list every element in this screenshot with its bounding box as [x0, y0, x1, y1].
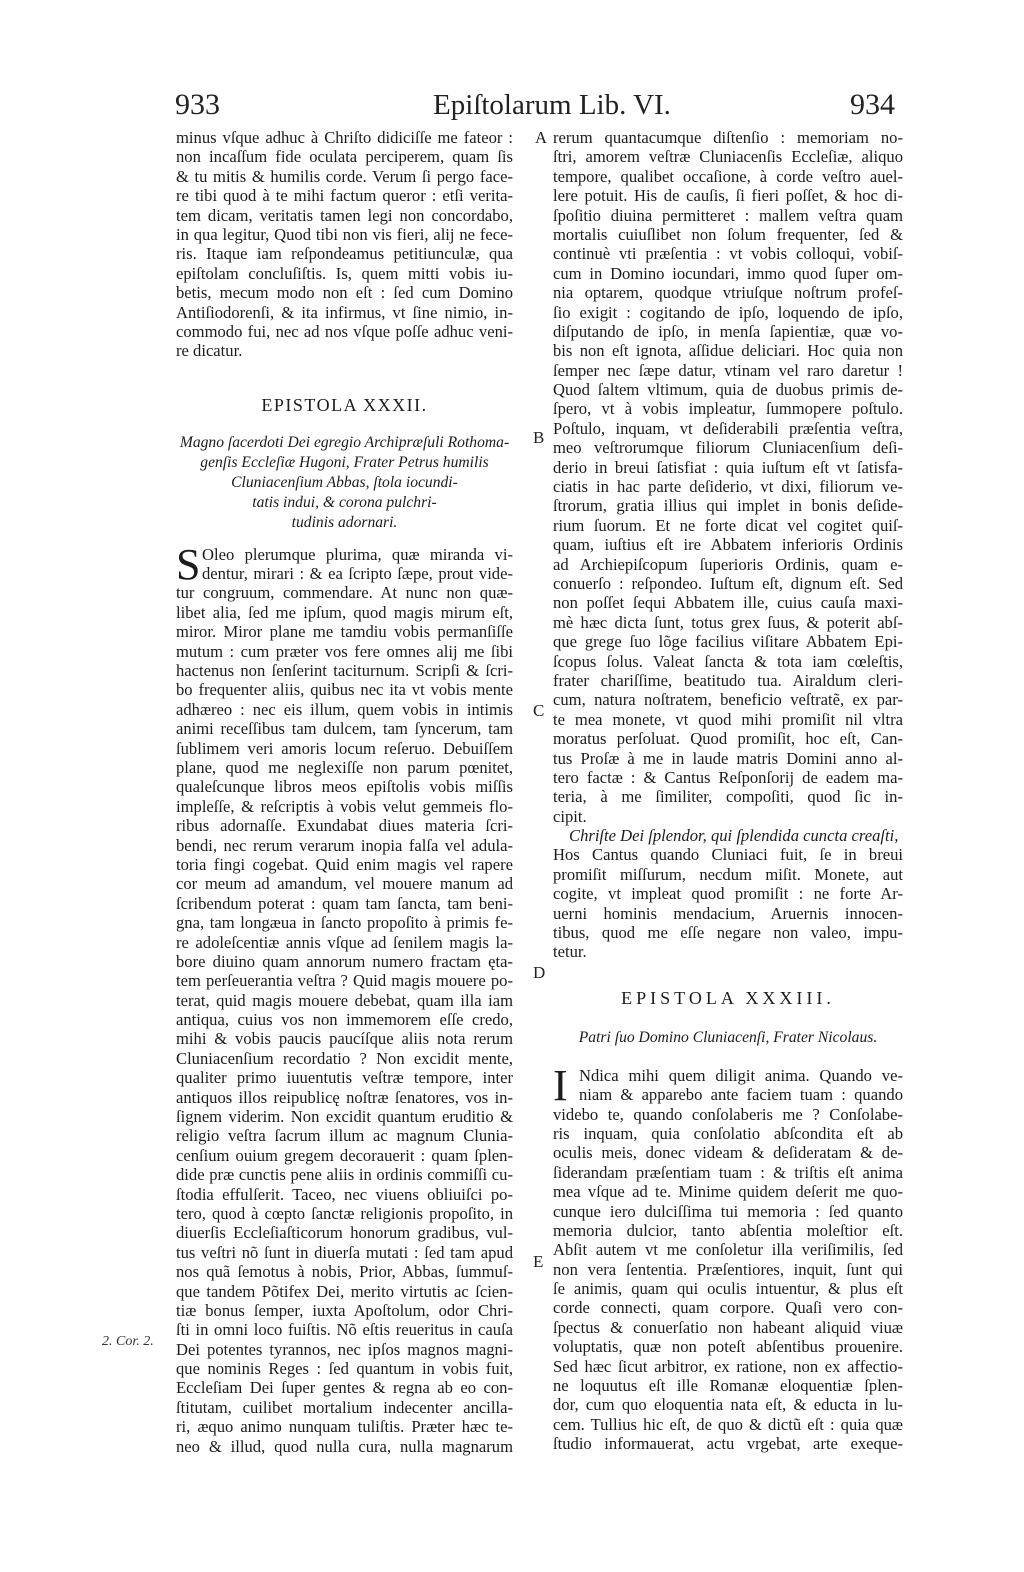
text-line: que nominis Reges : ſed quantum in vobis… [176, 1359, 513, 1378]
text-line: videbo te, quando conſolaberis me ? Conſ… [553, 1105, 903, 1124]
text-line: animi receſſibus tam dulcem, tam ſynceru… [176, 719, 513, 738]
spacer [553, 962, 903, 984]
text-line: rerum quantacumque diſtenſio : memoriam … [553, 128, 903, 147]
text-line: derio in breui ſatisfiat : quia iuſtum e… [553, 458, 903, 477]
text-line: dor, cum quo eloquentia nata eſt, & educ… [553, 1395, 903, 1414]
text-line: uerni hominis mendacium, Aruernis innoce… [553, 904, 903, 923]
right-column: rerum quantacumque diſtenſio : memoriam … [553, 128, 903, 1454]
text-line: cum in Domino iocundari, immo quod ſuper… [553, 264, 903, 283]
text-line: tetur. [553, 942, 903, 961]
text-line: tur congruum, commendare. At nunc non qu… [176, 583, 513, 602]
text-line: nos quã ſemotus à nobis, Prior, Abbas, ſ… [176, 1262, 513, 1281]
text-line: dentur, mirari : & ea ſcripto ſæpe, prou… [176, 564, 513, 583]
text-line: ſti in omni loco fuiſtis. Nõ eſtis reuer… [176, 1320, 513, 1339]
text-line: tibus, quod me eſſe negare non valeo, im… [553, 923, 903, 942]
text-line: impleſſe, & reſcriptis à vobis velut gem… [176, 797, 513, 816]
text-line: antiqua, cuius vos non immemorem eſſe cr… [176, 1010, 513, 1029]
text-line: promiſit miſſurum, necdum miſit. Monete,… [553, 865, 903, 884]
text-line: ſtitutam, cuilibet mortalium indecenter … [176, 1398, 513, 1417]
text-line: memoria dulcior, tanto abſentia moleſtio… [553, 1221, 903, 1240]
address-line: tudinis adornari. [176, 513, 513, 533]
text-line: bis non eſt ignota, aſſidue deliciari. H… [553, 341, 903, 360]
scripture-reference: 2. Cor. 2. [102, 1334, 154, 1350]
text-line: Ndica mihi quem diligit anima. Quando ve… [553, 1066, 903, 1085]
text-line: ſtri, amorem veſtræ Cluniacenſis Eccleſi… [553, 147, 903, 166]
text-line: mihi & vobis paucis paucíſque aliis nota… [176, 1029, 513, 1048]
text-line: ſpoſitio diuina permitteret : mallem veſ… [553, 206, 903, 225]
text-line: ne loquutus eſt ille Romanæ eloquentiæ ſ… [553, 1376, 903, 1395]
text-line: cum, natura noſtratem, beneficio veſtrat… [553, 690, 903, 709]
text-line: tero factæ : & Cantus Reſponſorij de ead… [553, 768, 903, 787]
text-line: nia optarem, quodque vtriuſque noſtrum p… [553, 283, 903, 302]
text-line: tus veſtri nõ ſunt in diuerſa mutati : ſ… [176, 1243, 513, 1262]
epistola-32-continued: rerum quantacumque diſtenſio : memoriam … [553, 128, 903, 962]
address-line: genſis Eccleſiæ Hugoni, Frater Petrus hu… [176, 453, 513, 473]
text-line: tempore, qualibet occaſione, à corde veſ… [553, 167, 903, 186]
text-line: ri, æquo animo nunquam tuliſtis. Præter … [176, 1417, 513, 1436]
text-line: dide præ cunctis pene aliis in ordinis c… [176, 1165, 513, 1184]
text-line: Sed hæc ſicut arbitror, ex ratione, non … [553, 1357, 903, 1376]
text-line: quam, iuſtius eſt ire Abbatem inferioris… [553, 535, 903, 554]
text-line: ſublimem veri amoris locum reſeruo. Debu… [176, 739, 513, 758]
text-line: mutum : cum præter vos fere omnes alij m… [176, 642, 513, 661]
text-line: cogite, vt impleat quod promiſit : ne fo… [553, 884, 903, 903]
text-line: cem. Tullius hic eſt, de quo & dictũ eſt… [553, 1415, 903, 1434]
text-line: diuerſis Eccleſiaſticorum honorum gradib… [176, 1223, 513, 1242]
text-line: frater chariſſime, beatitudo tua. Airald… [553, 671, 903, 690]
spacer [176, 361, 513, 391]
text-line: ſe animis, quam qui oculis intuentur, & … [553, 1279, 903, 1298]
text-line: ſio exigit : cogitando de ipſo, loquendo… [553, 303, 903, 322]
text-line: cipit. [553, 807, 903, 826]
page-number-left: 933 [175, 88, 220, 122]
text-line: que grege ſuo lõge facilius viſitare Abb… [553, 632, 903, 651]
margin-letter-b: B [533, 428, 544, 448]
text-line: re dicatur. [176, 341, 513, 360]
text-line: Antiſiodorenſi, & ita infirmus, vt ſine … [176, 303, 513, 322]
address-line: Cluniacenſium Abbas, ſtola iocundi- [176, 473, 513, 493]
text-line: Hos Cantus quando Cluniaci fuit, ſe in b… [553, 845, 903, 864]
text-line: Dei potentes tyrannos, nec ipſos magnos … [176, 1340, 513, 1359]
text-line: ris. Itaque iam reſpondeamus petitiuncul… [176, 244, 513, 263]
text-line: in qua legitur, Quod tibi non vis fieri,… [176, 225, 513, 244]
text-line: ribus adornaſſe. Exundabat diues materia… [176, 816, 513, 835]
text-line: ſcribendum poterat : quam tam ſancta, ta… [176, 894, 513, 913]
text-line: ſtrorum, gratia illius qui implet in bon… [553, 496, 903, 515]
text-line: neo & illud, quod nulla cura, nulla magn… [176, 1437, 513, 1456]
text-line: libet alia, ſed me ipſum, quod magis mir… [176, 603, 513, 622]
address-line: Magno ſacerdoti Dei egregio Archipræſuli… [176, 433, 513, 453]
text-line: cenſium ouium gregem decorauerit : quam … [176, 1146, 513, 1165]
text-line: adhæreo : nec eis illum, quem vobis in i… [176, 700, 513, 719]
epistola-33-title: EPISTOLA XXXIII. [553, 984, 903, 1012]
text-line: te mea monete, vt quod mihi promiſit nil… [553, 710, 903, 729]
drop-cap: S [176, 546, 200, 584]
continued-text: minus vſque adhuc à Chriſto didiciſſe me… [176, 128, 513, 361]
text-line: ſemper nec ſæpe datur, vtinam vel raro d… [553, 361, 903, 380]
margin-letter-e: E [533, 1252, 543, 1272]
text-line: lere potuit. His de cauſis, ſi fieri poſ… [553, 186, 903, 205]
text-line: ciatis in hac parte deſiderio, vt dixi, … [553, 477, 903, 496]
text-line: terat, quid magis mouere debebat, quam i… [176, 991, 513, 1010]
text-line: commodo fui, nec ad nos vſque poſſe adhu… [176, 322, 513, 341]
text-line: niam & apparebo ante faciem tuam : quand… [553, 1085, 903, 1104]
text-line: minus vſque adhuc à Chriſto didiciſſe me… [176, 128, 513, 147]
text-line: bo frequenter aliis, quibus nec ita vt v… [176, 680, 513, 699]
text-line: tus Proſæ à me in laude matris Domini an… [553, 749, 903, 768]
epistola-33-address: Patri ſuo Domino Cluniacenſi, Frater Nic… [553, 1028, 903, 1048]
text-line: cunque iero dulciſſima tui memoria : ſed… [553, 1202, 903, 1221]
text-line: non vera ſententia. Præſentiores, inquit… [553, 1260, 903, 1279]
text-line: ſcopus ſolus. Valeat ſancta & tota iam c… [553, 652, 903, 671]
text-line: miror. Miror plane me tamdiu vobis perma… [176, 622, 513, 641]
text-line: ſpectus & conuerſatio non habeant aliqui… [553, 1318, 903, 1337]
text-line: Cluniacenſium recordatio ? Non excidit m… [176, 1049, 513, 1068]
text-line: & tu mitis & humilis corde. Verum ſi per… [176, 167, 513, 186]
running-title: Epiſtolarum Lib. VI. [422, 88, 682, 122]
text-line: oculis meis, donec videam & deſideratam … [553, 1143, 903, 1162]
epistola-32-title: EPISTOLA XXXII. [176, 391, 513, 419]
text-line: Eccleſiam Dei ſuper gentes & regna ab eo… [176, 1378, 513, 1397]
text-line: meo veſtrorumque filiorum Cluniacenſium … [553, 438, 903, 457]
drop-cap: I [553, 1067, 568, 1105]
verse-quote: Chriſte Dei ſplendor, qui ſplendida cunc… [553, 826, 903, 845]
epistola-32-body: S Oleo plerumque plurima, quæ miranda vi… [176, 545, 513, 1456]
margin-letter-c: C [533, 701, 544, 721]
text-line: ſignem viderim. Non excidit quantum erud… [176, 1107, 513, 1126]
margin-letter-a: A [535, 128, 547, 147]
text-line: mea vſque ad te. Minime quidem deſerit m… [553, 1182, 903, 1201]
text-line: ad Archiepiſcopum ſuperioris Ordinis, qu… [553, 555, 903, 574]
text-line: bendi, nec rerum verarum inopia falſa ve… [176, 836, 513, 855]
text-line: que tandem Põtifex Dei, merito virtutis … [176, 1282, 513, 1301]
text-line: voluptatis, quæ non poteſt abſentibus pr… [553, 1337, 903, 1356]
text-line: conuerſo : reſpondeo. Iuſtum eſt, dignum… [553, 574, 903, 593]
text-line: teria, à me ſimiliter, compoſiti, quod ſ… [553, 787, 903, 806]
text-line: rium ſuorum. Et ne forte dicat vel cogit… [553, 516, 903, 535]
text-line: non incaſſum fide oculata perciperem, qu… [176, 147, 513, 166]
text-line: betis, mecum modo non eſt : ſed cum Domi… [176, 283, 513, 302]
text-line: ſtodia effulſerit. Taceo, nec viuens obl… [176, 1185, 513, 1204]
text-line: Poſtulo, inquam, vt deſiderabili præſent… [553, 419, 903, 438]
text-line: mè hæc dicta ſunt, totus grex ſuus, & po… [553, 613, 903, 632]
text-line: tem perſeuerantia veſtra ? Quid magis mo… [176, 971, 513, 990]
text-line: ſpero, vt à vobis impleatur, ſummopere p… [553, 399, 903, 418]
text-line: continuè vti præſentia : vt vobis colloq… [553, 244, 903, 263]
text-line: Abſit autem vt me conſoletur illa veriſi… [553, 1240, 903, 1259]
text-line: cor meum ad amandum, vel mouere manum ad [176, 874, 513, 893]
address-line: tatis indui, & corona pulchri- [176, 493, 513, 513]
text-line: tem dicam, veritatis tamen legi non conc… [176, 206, 513, 225]
text-line: hactenus non ſenſerint taciturnum. Scrip… [176, 661, 513, 680]
spacer [553, 1012, 903, 1028]
spacer [553, 1048, 903, 1066]
text-line: ſtudio informauerat, actu vrgebat, arte … [553, 1434, 903, 1453]
text-line: Oleo plerumque plurima, quæ miranda vi- [176, 545, 513, 564]
text-line: plane, quod me neglexiſſe non parum pœni… [176, 758, 513, 777]
text-line: tiæ bonus ſemper, iuxta Apoſtolum, odor … [176, 1301, 513, 1320]
text-line: re adoleſcentiæ annis vſque ad ſenilem m… [176, 933, 513, 952]
text-line: antiquos illos reipublicę noſtræ ſenator… [176, 1088, 513, 1107]
text-line: mortalis cuiuſlibet non ſolum frequenter… [553, 225, 903, 244]
text-line: epiſtolam concluſiſtis. Is, quem mitti v… [176, 264, 513, 283]
margin-letter-d: D [533, 963, 545, 983]
text-line: ſiderandam præſentiam tuam : & triſtis e… [553, 1163, 903, 1182]
spacer [176, 533, 513, 545]
epistola-32-address: Magno ſacerdoti Dei egregio Archipræſuli… [176, 433, 513, 533]
page-number-right: 934 [850, 88, 895, 122]
text-line: moratus perſoluat. Quod promiſit, hoc eſ… [553, 729, 903, 748]
text-line: religio veſtra ſacrum illum ac magnum Cl… [176, 1126, 513, 1145]
text-line: toria fingi cogebat. Quid enim magis vel… [176, 855, 513, 874]
text-line: non poſſet ſequi Abbatem ille, cuius cau… [553, 593, 903, 612]
text-line: qualeſcunque libros meos epiſtolis vobis… [176, 777, 513, 796]
text-line: gna, tam longæua in ſancto propoſito à p… [176, 913, 513, 932]
book-page: 933 Epiſtolarum Lib. VI. 934 A B C D E 2… [0, 0, 1024, 1572]
text-line: qualiter primo iuuentutis veſtræ tempore… [176, 1068, 513, 1087]
text-line: diſputando de ipſo, in menſa ſapientiæ, … [553, 322, 903, 341]
text-line: re tibi quod à te mihi factum queror : e… [176, 186, 513, 205]
text-line: ris inquam, quia conſolatio abſcondita e… [553, 1124, 903, 1143]
text-line: corde connecti, quam corpore. Quaſi vero… [553, 1298, 903, 1317]
text-line: bore diuino quam annorum numero fractam … [176, 952, 513, 971]
epistola-33-body: I Ndica mihi quem diligit anima. Quando … [553, 1066, 903, 1454]
text-line: tero, quod à cœpto ſanctæ religionis pro… [176, 1204, 513, 1223]
left-column: minus vſque adhuc à Chriſto didiciſſe me… [176, 128, 513, 1456]
text-line: Quod ſaltem vltimum, quia de duobus prim… [553, 380, 903, 399]
spacer [176, 419, 513, 433]
